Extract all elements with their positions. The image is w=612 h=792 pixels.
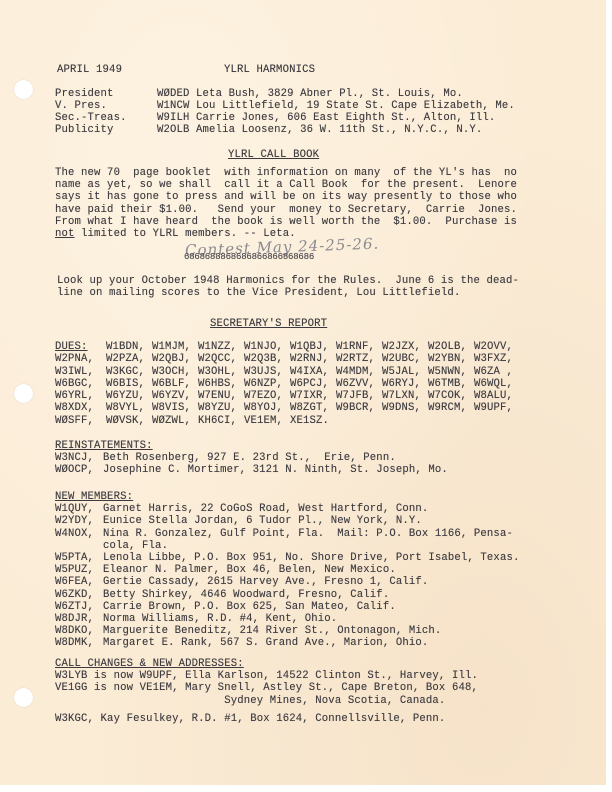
member-entry: W2YDY,Eunice Stella Jordan, 6 Tudor Pl.,… [55, 516, 519, 528]
member-details: Josephine C. Mortimer, 3121 N. Ninth, St… [103, 465, 448, 477]
call-sign: W9UPF, [474, 403, 520, 415]
call-sign: WØSFF, [55, 416, 106, 428]
member-details: Betty Shirkey, 4646 Woodward, Fresno, Ca… [103, 590, 389, 602]
call-sign: W8VYL, [106, 403, 152, 415]
dues-list: DUES:W1BDN,W1MJM,W1NZZ,W1NJO,W1QBJ,W1RNF… [55, 342, 520, 428]
member-entry: W6FEA,Gertie Cassady, 2615 Harvey Ave., … [55, 577, 519, 589]
call-sign: W6FEA, [55, 577, 103, 589]
struck-out-line: 6868688868686866866868686 [184, 252, 314, 264]
call-sign: KH6CI, [198, 416, 244, 428]
call-sign: W4NOX, [55, 529, 103, 541]
call-sign: W9BCR, [336, 403, 382, 415]
new-members-section: NEW MEMBERS:W1QUY,Garnet Harris, 22 CoGo… [55, 492, 519, 650]
officers-list: PresidentWØDED Leta Bush, 3829 Abner Pl.… [55, 89, 515, 137]
call-change-line: Sydney Mines, Nova Scotia, Canada. [55, 696, 478, 708]
call-sign: W9DNS, [382, 403, 428, 415]
call-sign: W2RTZ, [336, 354, 382, 366]
text-line: line on mailing scores to the Vice Presi… [57, 288, 519, 300]
call-sign: W2PZA, [106, 354, 152, 366]
officer-entry: W2OLB Amelia Loosenz, 36 W. 11th St., N.… [157, 125, 482, 137]
punch-hole [14, 80, 33, 99]
call-sign: W2RNJ, [290, 354, 336, 366]
call-changes-section: CALL CHANGES & NEW ADDRESSES:W3LYB is no… [55, 659, 478, 726]
call-sign: W8XDX, [55, 403, 106, 415]
call-sign: W9RCM, [428, 403, 474, 415]
call-sign: W8DMK, [55, 638, 103, 650]
call-sign: W8YOJ, [244, 403, 290, 415]
contest-paragraph: Look up your October 1948 Harmonics for … [57, 276, 519, 300]
call-sign: W8ZGT, [290, 403, 336, 415]
call-sign: XE1SZ. [290, 416, 336, 428]
officer-row: PublicityW2OLB Amelia Loosenz, 36 W. 11t… [55, 125, 515, 137]
dues-row: W2PNA,W2PZA,W2QBJ,W2QCC,W2Q3B,W2RNJ,W2RT… [55, 354, 520, 366]
punch-hole [14, 688, 33, 707]
call-sign: W8VIS, [152, 403, 198, 415]
member-entry: W8DMK,Margaret E. Rank, 567 S. Grand Ave… [55, 638, 519, 650]
call-sign: W2QBJ, [152, 354, 198, 366]
newsletter-title: YLRL HARMONICS [224, 65, 315, 77]
call-sign: W2PNA, [55, 354, 106, 366]
call-book-heading: YLRL CALL BOOK [228, 150, 319, 162]
member-entry: W4NOX,Nina R. Gonzalez, Gulf Point, Fla.… [55, 529, 519, 541]
call-sign: WØZWL, [152, 416, 198, 428]
call-sign: W3FXZ, [474, 354, 520, 366]
secretary-report-heading: SECRETARY'S REPORT [210, 319, 327, 331]
call-sign: WØVSK, [106, 416, 152, 428]
member-details: Nina R. Gonzalez, Gulf Point, Fla. Mail:… [103, 529, 513, 541]
member-entry: WØOCP,Josephine C. Mortimer, 3121 N. Nin… [55, 465, 448, 477]
member-details: Eunice Stella Jordan, 6 Tudor Pl., New Y… [103, 516, 422, 528]
call-sign: W2YDY, [55, 516, 103, 528]
dues-row: W8XDX,W8VYL,W8VIS,W8YZU,W8YOJ,W8ZGT,W9BC… [55, 403, 520, 415]
member-details: Margaret E. Rank, 567 S. Grand Ave., Mar… [103, 638, 428, 650]
dues-row: WØSFF,WØVSK,WØZWL,KH6CI,VE1EM,XE1SZ. [55, 416, 520, 428]
member-details: Gertie Cassady, 2615 Harvey Ave., Fresno… [103, 577, 428, 589]
text-line: have paid their $1.00. Send your money t… [55, 205, 517, 217]
issue-date: APRIL 1949 [57, 65, 122, 77]
call-sign: W2YBN, [428, 354, 474, 366]
emphasis-text: not [55, 228, 75, 240]
member-entry: W6ZKD,Betty Shirkey, 4646 Woodward, Fres… [55, 590, 519, 602]
call-sign: W2Q3B, [244, 354, 290, 366]
officer-role: Publicity [55, 125, 157, 137]
call-sign: W6ZKD, [55, 590, 103, 602]
call-sign: WØOCP, [55, 465, 103, 477]
call-change-line: W3KGC, Kay Fesulkey, R.D. #1, Box 1624, … [55, 714, 478, 726]
text-line: says it has gone to press and will be on… [55, 192, 517, 204]
call-sign: W2QCC, [198, 354, 244, 366]
call-sign: VE1EM, [244, 416, 290, 428]
call-sign: W2UBC, [382, 354, 428, 366]
call-sign: W8YZU, [198, 403, 244, 415]
document-page: APRIL 1949 YLRL HARMONICS PresidentWØDED… [0, 0, 606, 785]
call-book-paragraph: The new 70 page booklet with information… [55, 168, 517, 241]
reinstatements-section: REINSTATEMENTS:W3NCJ,Beth Rosenberg, 927… [55, 441, 448, 478]
call-change-line: VE1GG is now VE1EM, Mary Snell, Astley S… [55, 683, 478, 695]
punch-hole [14, 384, 33, 403]
